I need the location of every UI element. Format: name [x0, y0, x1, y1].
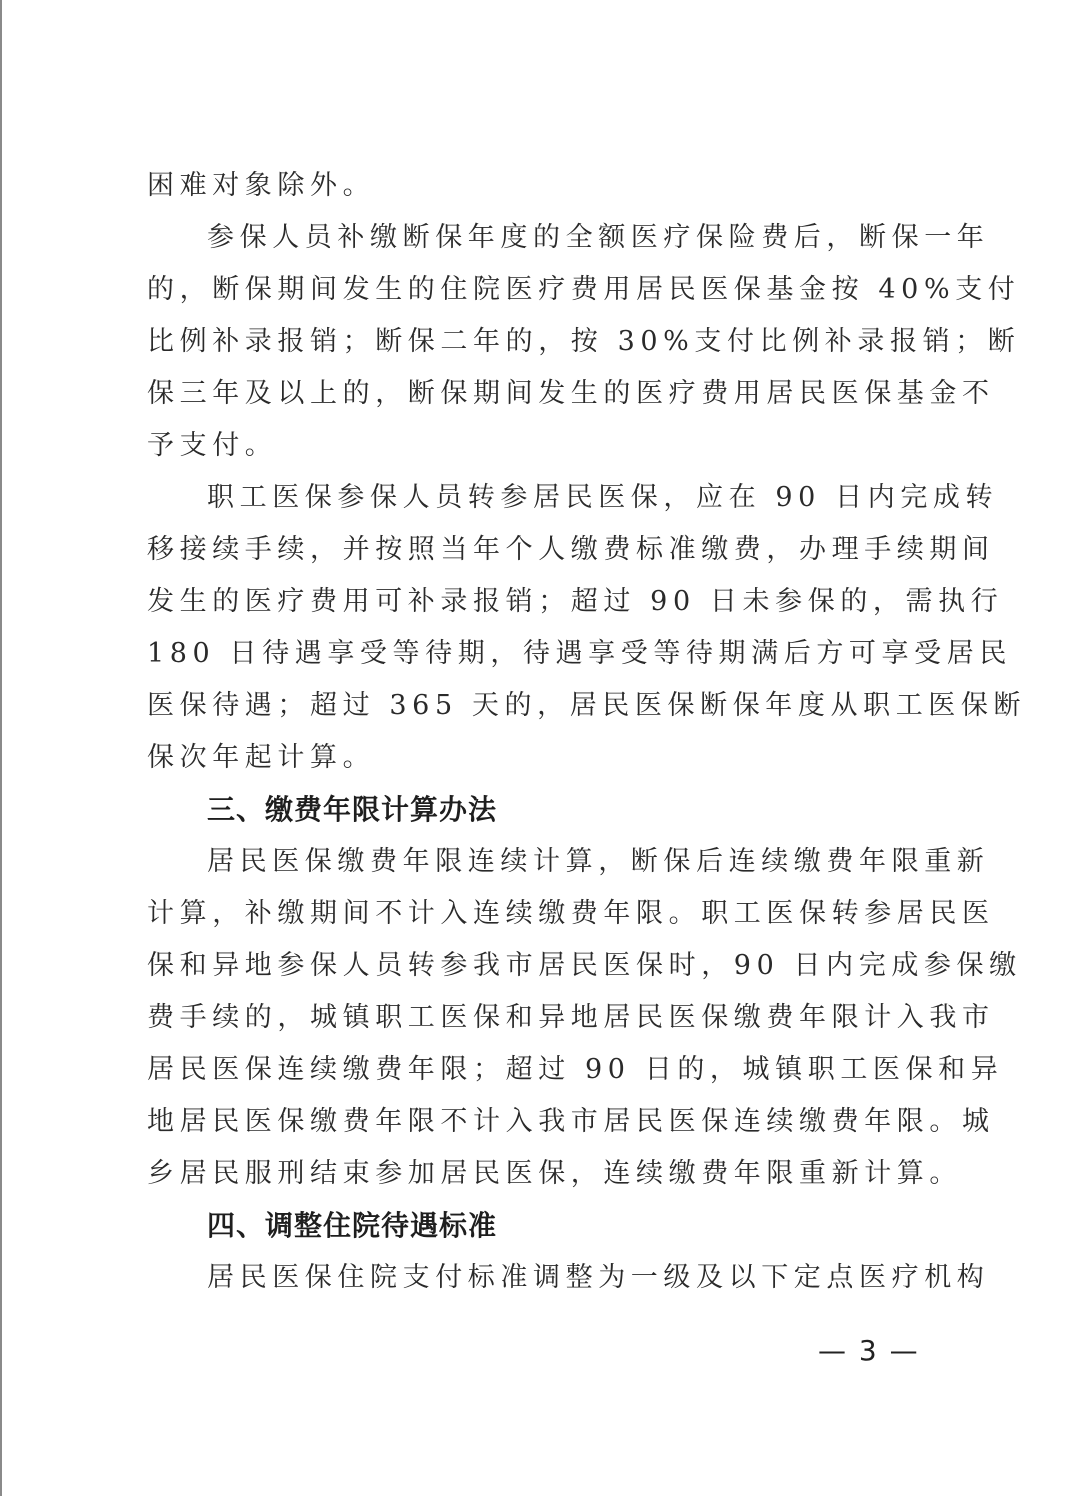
- paragraph-hospital-standard: 居民医保住院支付标准调整为一级及以下定点医疗机构: [147, 1252, 947, 1304]
- text-line: 医保待遇；超过 365 天的，居民医保断保年度从职工医保断: [147, 680, 947, 732]
- text-line: 居民医保连续缴费年限；超过 90 日的，城镇职工医保和异: [147, 1044, 947, 1096]
- text-line: 困难对象除外。: [147, 160, 947, 212]
- page-number: — 3 —: [818, 1334, 920, 1367]
- text-line: 比例补录报销；断保二年的，按 30%支付比例补录报销；断: [147, 316, 947, 368]
- text-line: 移接续手续，并按照当年个人缴费标准缴费，办理手续期间: [147, 524, 947, 576]
- text-line: 计算，补缴期间不计入连续缴费年限。职工医保转参居民医: [147, 888, 947, 940]
- text-line: 居民医保住院支付标准调整为一级及以下定点医疗机构: [147, 1252, 947, 1304]
- text-line: 的，断保期间发生的住院医疗费用居民医保基金按 40%支付: [147, 264, 947, 316]
- text-line: 参保人员补缴断保年度的全额医疗保险费后，断保一年: [147, 212, 947, 264]
- text-line: 180 日待遇享受等待期，待遇享受等待期满后方可享受居民: [147, 628, 947, 680]
- text-line: 职工医保参保人员转参居民医保，应在 90 日内完成转: [147, 472, 947, 524]
- text-line: 费手续的，城镇职工医保和异地居民医保缴费年限计入我市: [147, 992, 947, 1044]
- paragraph-continuation: 困难对象除外。: [147, 160, 947, 212]
- text-line: 保和异地参保人员转参我市居民医保时，90 日内完成参保缴: [147, 940, 947, 992]
- text-line: 乡居民服刑结束参加居民医保，连续缴费年限重新计算。: [147, 1148, 947, 1200]
- text-line: 予支付。: [147, 420, 947, 472]
- text-line: 居民医保缴费年限连续计算，断保后连续缴费年限重新: [147, 836, 947, 888]
- text-line: 保三年及以上的，断保期间发生的医疗费用居民医保基金不: [147, 368, 947, 420]
- section-heading-4: 四、调整住院待遇标准: [147, 1200, 947, 1252]
- paragraph-payment-years: 居民医保缴费年限连续计算，断保后连续缴费年限重新 计算，补缴期间不计入连续缴费年…: [147, 836, 947, 1200]
- text-line: 保次年起计算。: [147, 732, 947, 784]
- paragraph-arrears-reimbursement: 参保人员补缴断保年度的全额医疗保险费后，断保一年 的，断保期间发生的住院医疗费用…: [147, 212, 947, 472]
- text-line: 发生的医疗费用可补录报销；超过 90 日未参保的，需执行: [147, 576, 947, 628]
- text-line: 地居民医保缴费年限不计入我市居民医保连续缴费年限。城: [147, 1096, 947, 1148]
- section-heading-3: 三、缴费年限计算办法: [147, 784, 947, 836]
- paragraph-employee-transfer: 职工医保参保人员转参居民医保，应在 90 日内完成转 移接续手续，并按照当年个人…: [147, 472, 947, 784]
- page-left-border: [0, 0, 2, 1496]
- document-page: 困难对象除外。 参保人员补缴断保年度的全额医疗保险费后，断保一年 的，断保期间发…: [147, 160, 947, 1304]
